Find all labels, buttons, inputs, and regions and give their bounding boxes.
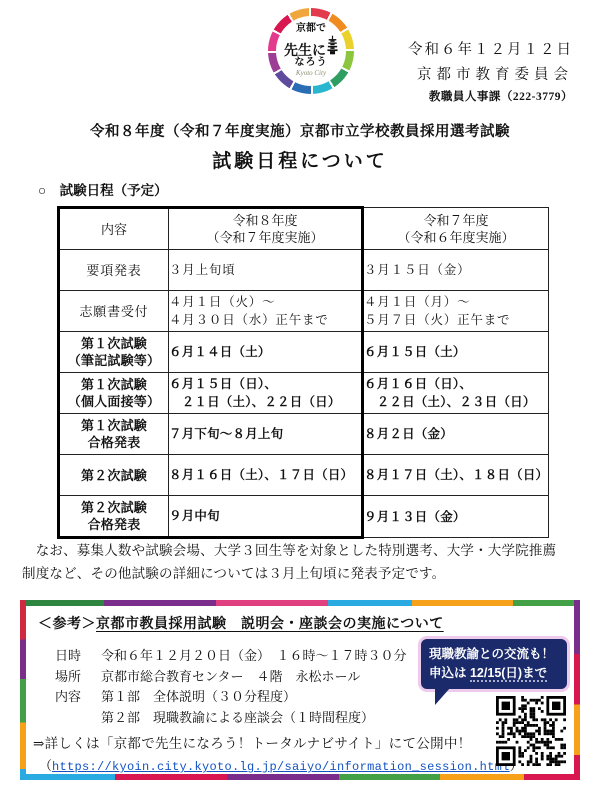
reference-content: ＜参考＞京都市教員採用試験 説明会・座談会の実施について 日時令和６年１２月２０… xyxy=(26,606,574,774)
cell-label: 第１次試験（筆記試験等） xyxy=(59,332,169,373)
table-row: 第１次試験合格発表 ７月下旬～８月上旬 ８月２日（金） xyxy=(59,414,549,455)
info-row: 内容第１部 全体説明（３０分程度） xyxy=(55,687,407,708)
cell-r8-value: ８月１６日（土）、１７日（日） xyxy=(169,455,363,496)
logo-text-line2: 先生に xyxy=(284,35,338,58)
border-strip-right xyxy=(574,600,580,780)
logo-script-text: Kyoto City xyxy=(296,70,326,78)
logo-inner: 京都で 先生に なろう Kyoto City xyxy=(276,16,346,86)
letterhead: 令和６年１２月１２日 京都市教育委員会 教職員人事課（222-3779） xyxy=(408,38,573,104)
reference-box: ＜参考＞京都市教員採用試験 説明会・座談会の実施について 日時令和６年１２月２０… xyxy=(20,600,580,780)
table-row: 第１次試験（個人面接等） ６月１５日（日）、 ２１日（土）、２２日（日） ６月１… xyxy=(59,373,549,414)
cell-r8-value: ６月１５日（日）、 ２１日（土）、２２日（日） xyxy=(169,373,363,414)
border-strip-bottom xyxy=(20,774,580,780)
cell-r8-value: ４月１日（火）～４月３０日（水）正午まで xyxy=(169,291,363,332)
exam-schedule-table: 内容 令和８年度（令和７年度実施） 令和７年度（令和６年度実施） 要項発表 ３月… xyxy=(57,206,549,539)
info-value: 令和６年１２月２０日（金） １６時～１７時３０分 xyxy=(101,648,407,663)
url-line: （https://kyoin.city.kyoto.lg.jp/saiyo/in… xyxy=(39,755,523,774)
deadline-text: 12/15(日)まで xyxy=(470,666,547,682)
logo-text-line3: なろう xyxy=(295,58,328,69)
cell-r8-value: ９月中旬 xyxy=(169,496,363,538)
cell-label: 要項発表 xyxy=(59,250,169,291)
session-info: 日時令和６年１２月２０日（金） １６時～１７時３０分 場所京都市総合教育センター… xyxy=(55,646,407,728)
cell-r7-value: ８月１７日（土）、１８日（日） xyxy=(363,455,549,496)
bubble-tail xyxy=(435,688,450,705)
title-line2: 試験日程について xyxy=(0,146,600,173)
reference-heading: ＜参考＞京都市教員採用試験 説明会・座談会の実施について xyxy=(38,613,444,633)
info-value: 第１部 全体説明（３０分程度） xyxy=(101,689,296,704)
column-header-r7: 令和７年度（令和６年度実施） xyxy=(363,208,549,250)
note-line1: なお、募集人数や試験会場、大学３回生等を対象とした特別選考、大学・大学院推薦 xyxy=(22,539,580,562)
table-row: 第２次試験合格発表 ９月中旬 ９月１３日（金） xyxy=(59,496,549,538)
info-label: 内容 xyxy=(55,687,101,708)
information-session-link[interactable]: https://kyoin.city.kyoto.lg.jp/saiyo/inf… xyxy=(52,760,510,774)
note-paragraph: なお、募集人数や試験会場、大学３回生等を対象とした特別選考、大学・大学院推薦 制… xyxy=(22,539,580,585)
column-header-content: 内容 xyxy=(59,208,169,250)
logo-color-ring: 京都で 先生に なろう Kyoto City xyxy=(268,8,354,94)
cell-r7-value: ６月１６日（日）、 ２２日（土）、２３日（日） xyxy=(363,373,549,414)
table-row: 志願書受付 ４月１日（火）～４月３０日（水）正午まで ４月１日（月）～５月７日（… xyxy=(59,291,549,332)
cell-r7-value: ４月１日（月）～５月７日（火）正午まで xyxy=(363,291,549,332)
title-line1: 令和８年度（令和７年度実施）京都市立学校教員採用選考試験 xyxy=(0,120,600,141)
cell-r7-value: ６月１５日（土） xyxy=(363,332,549,373)
logo-text-line1: 京都で xyxy=(296,24,326,35)
reference-heading-title: 京都市教員採用試験 説明会・座談会の実施について xyxy=(96,615,444,631)
cell-label: 第１次試験（個人面接等） xyxy=(59,373,169,414)
issue-date: 令和６年１２月１２日 xyxy=(408,38,573,59)
table-row: 要項発表 ３月上旬頃 ３月１５日（金） xyxy=(59,250,549,291)
document-page: 京都で 先生に なろう Kyoto City xyxy=(0,0,600,810)
info-row: 日時令和６年１２月２０日（金） １６時～１７時３０分 xyxy=(55,646,407,667)
cell-label: 第２次試験 xyxy=(59,455,169,496)
kyoto-sensei-logo: 京都で 先生に なろう Kyoto City xyxy=(268,8,360,100)
note-line2: 制度など、その他試験の詳細については３月上旬頃に発表予定です。 xyxy=(22,562,580,585)
info-row: 第２部 現職教諭による座談会（１時間程度） xyxy=(55,708,407,729)
table-row: 第１次試験（筆記試験等） ６月１４日（土） ６月１５日（土） xyxy=(59,332,549,373)
cell-r8-value: ６月１４日（土） xyxy=(169,332,363,373)
cell-r7-value: ９月１３日（金） xyxy=(363,496,549,538)
bubble-line1: 現職教諭との交流も！ xyxy=(429,645,559,664)
qr-code xyxy=(496,696,566,766)
cell-r8-value: ７月下旬～８月上旬 xyxy=(169,414,363,455)
issuing-org: 京都市教育委員会 xyxy=(408,63,573,84)
table-row: 第２次試験 ８月１６日（土）、１７日（日） ８月１７日（土）、１８日（日） xyxy=(59,455,549,496)
cell-r7-value: ３月１５日（金） xyxy=(363,250,549,291)
info-value: 第２部 現職教諭による座談会（１時間程度） xyxy=(101,710,374,725)
navi-site-line: ⇒詳しくは「京都で先生になろう！トータルナビサイト」にて公開中！ xyxy=(33,732,471,752)
column-header-r8: 令和８年度（令和７年度実施） xyxy=(169,208,363,250)
logo-text-sensei: 先生に xyxy=(284,43,326,58)
cell-r8-value: ３月上旬頃 xyxy=(169,250,363,291)
cell-label: 第１次試験合格発表 xyxy=(59,414,169,455)
deadline-callout-bubble: 現職教諭との交流も！ 申込は 12/15(日)まで xyxy=(418,636,570,692)
document-title: 令和８年度（令和７年度実施）京都市立学校教員採用選考試験 試験日程について xyxy=(0,120,600,173)
cell-label: 第２次試験合格発表 xyxy=(59,496,169,538)
reference-heading-prefix: ＜参考＞ xyxy=(38,615,96,631)
section-heading: ○ 試験日程（予定） xyxy=(38,179,168,199)
pagoda-icon xyxy=(327,35,338,58)
issuing-dept: 教職員人事課（222-3779） xyxy=(408,88,573,104)
cell-r7-value: ８月２日（金） xyxy=(363,414,549,455)
cell-label: 志願書受付 xyxy=(59,291,169,332)
info-row: 場所京都市総合教育センター ４階 永松ホール xyxy=(55,667,407,688)
info-label: 場所 xyxy=(55,667,101,688)
info-label: 日時 xyxy=(55,646,101,667)
table-header-row: 内容 令和８年度（令和７年度実施） 令和７年度（令和６年度実施） xyxy=(59,208,549,250)
bubble-line2: 申込は 12/15(日)まで xyxy=(429,664,559,683)
info-value: 京都市総合教育センター ４階 永松ホール xyxy=(101,669,360,684)
